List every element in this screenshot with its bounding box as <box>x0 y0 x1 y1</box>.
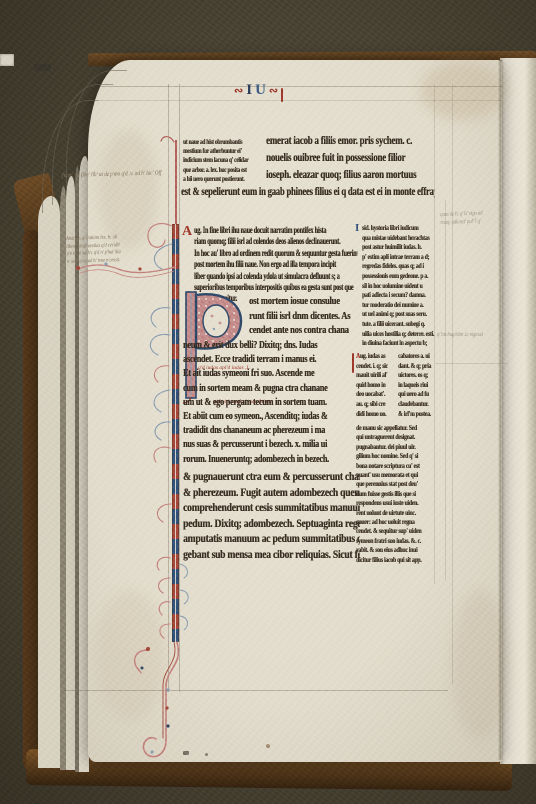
ruling-vertical <box>445 200 446 580</box>
gloss-mini-left: Aug. iudas ascendet. i. q; sicmauit uiri… <box>356 352 395 419</box>
fore-edge-label <box>0 54 14 66</box>
judges-lines-main: neum & erit dux belli? Dixitq; dns. Iuda… <box>183 339 355 467</box>
judges-lines-large: & pugnauerunt ctra eum & percusserunt ch… <box>183 469 360 563</box>
judges-lines-beside-initial: ost mortem iosue consuluerunt filii isrl… <box>249 294 357 338</box>
stain <box>420 62 506 120</box>
margin-note-right-top: quos de b; q' lx' vigo adtriaq; adiunct'… <box>440 208 517 227</box>
rubric-flourish-left: ∾ <box>234 84 243 97</box>
rubric-flourish-right: ∾ <box>269 84 278 97</box>
joshua-explicit-lastline: est & sepelierunt eum in gaab phinees fi… <box>181 183 434 199</box>
running-head-letter-u: U <box>255 82 266 99</box>
gloss-block-a: sid. hystoria libri iudicumqua mistae ui… <box>362 224 435 349</box>
edge-mark <box>34 64 51 71</box>
running-head: ∾ I U ∾ <box>234 80 324 100</box>
joshua-explicit-column: emerat iacob a filiis emor. pris sychem.… <box>266 132 432 183</box>
margin-note-right-mid: q' his bug klim .b. vigo ad <box>437 331 514 339</box>
foxing-speck <box>266 744 270 748</box>
fold-crease <box>498 60 503 760</box>
ruling-horizontal <box>100 100 502 101</box>
running-head-letter-i: I <box>246 82 252 99</box>
gloss-mini-right: cabatores a. uidant. & q; priauictores. … <box>398 352 435 419</box>
manuscript-photo: ∾ I U ∾ ut naue ad hist obrumbantismesti… <box>0 0 536 804</box>
bottom-tick <box>205 753 208 756</box>
bottom-tick <box>183 751 189 755</box>
gloss-initial-I: I <box>355 222 359 234</box>
pen-flourishes <box>56 128 206 788</box>
rubric-descender <box>281 88 283 102</box>
ruling-vertical <box>452 84 453 684</box>
gloss-block-b: de manu sic appellatur. Sedqui untraguer… <box>356 424 433 565</box>
